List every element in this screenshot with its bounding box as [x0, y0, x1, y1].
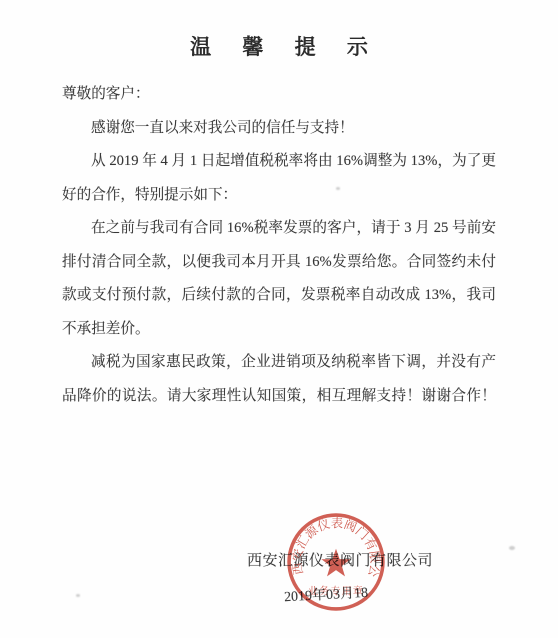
text-line: 不承担差价。	[62, 313, 496, 347]
text-line: 品降价的说法。请大家理性认知国策，相互理解支持！谢谢合作！	[62, 380, 496, 414]
text-line: 尊敬的客户：	[62, 78, 496, 112]
company-seal: 西安汇源仪表阀门有限公司 业务专用章	[285, 511, 387, 613]
text-line: 款或支付预付款，后续付款的合同，发票税率自动改成 13%，我司	[62, 279, 496, 313]
scan-artifact	[76, 594, 80, 597]
text-line: 减税为国家惠民政策，企业进销项及纳税率皆下调，并没有产	[62, 346, 496, 380]
notice-document: 温 馨 提 示 尊敬的客户：感谢您一直以来对我公司的信任与支持！从 2019 年…	[0, 0, 558, 638]
text-line: 从 2019 年 4 月 1 日起增值税税率将由 16%调整为 13%，为了更	[62, 145, 496, 179]
page-title: 温 馨 提 示	[0, 0, 558, 61]
scan-artifact	[336, 187, 340, 190]
text-line: 感谢您一直以来对我公司的信任与支持！	[62, 112, 496, 146]
body-text: 尊敬的客户：感谢您一直以来对我公司的信任与支持！从 2019 年 4 月 1 日…	[62, 78, 496, 413]
scan-artifact	[509, 546, 515, 550]
text-line: 在之前与我司有合同 16%税率发票的客户，请于 3 月 25 号前安	[62, 212, 496, 246]
text-line: 排付清合同全款，以便我司本月开具 16%发票给您。合同签约未付	[62, 246, 496, 280]
star-icon	[321, 549, 350, 577]
text-line: 好的合作，特别提示如下：	[62, 179, 496, 213]
seal-bottom-text: 业务专用章	[308, 585, 364, 598]
